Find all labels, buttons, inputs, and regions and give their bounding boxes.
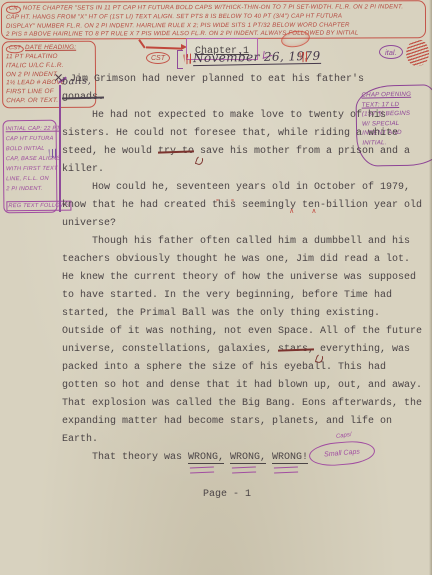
hyphen-insert-mark: =: [231, 199, 234, 204]
small-caps-mark: [190, 466, 214, 473]
initial-cap-spec-note: INITIAL CAP: 22 PT CAP HT FUTURA BOLD IN…: [3, 120, 58, 214]
text-line: teachers obviously thought he was one, J…: [62, 251, 428, 269]
handwritten-insert: balls,: [62, 75, 92, 87]
scribble-mark: [404, 38, 431, 68]
cst-tag: CST: [146, 52, 170, 64]
proof-squiggle-mark: [183, 53, 192, 64]
text-line: How could he, seventeen years old in Oct…: [62, 179, 428, 197]
caret-mark: ∧: [289, 208, 294, 215]
typed-underline: [230, 463, 266, 464]
spec-line: CAP, BASE ALIGNS: [6, 154, 54, 165]
cn-tag: CN: [6, 5, 21, 14]
spec-line: WITH FIRST TEXT: [6, 164, 54, 175]
text-line: packed into a sphere the size of his eye…: [62, 359, 428, 377]
proof-mark: [49, 149, 58, 159]
typed-underline: [188, 463, 224, 464]
text-line: know that he had created this seemingly …: [62, 197, 428, 215]
proof-squiggle-mark: [299, 51, 308, 62]
text-line: to have started. In the very beginning, …: [62, 287, 428, 305]
page-number: Page - 1: [0, 489, 432, 500]
chapter-spec-note: CNNOTE CHAPTER "SETS IN 11 PT CAP HT FUT…: [1, 0, 426, 39]
cst-tag: CST: [6, 45, 24, 54]
connector-line: [59, 85, 61, 212]
text-line: gotten so hot and dense that it had blow…: [62, 377, 428, 395]
text-line: Outside of it was nothing, not even Spac…: [62, 323, 428, 341]
spec-line: 2 PI INDENT.: [6, 184, 54, 195]
arrow-icon: [146, 46, 182, 49]
italic-note: ital.: [379, 45, 403, 59]
spec-line: INITIAL CAP: 22 PT: [6, 124, 54, 135]
text-line: universe?: [62, 215, 428, 233]
manuscript-page: CNNOTE CHAPTER "SETS IN 11 PT CAP HT FUT…: [0, 0, 432, 575]
insert-bracket-mark: [177, 50, 183, 69]
text-line: He had not expected to make love to twen…: [62, 107, 428, 125]
text-line: expanding matter had become stars, plane…: [62, 413, 428, 431]
text-line: Though his father often called him a dum…: [62, 233, 428, 251]
text-line: killer.: [62, 161, 428, 179]
hyphen-insert-mark: =: [216, 199, 219, 204]
arrow-icon: [138, 39, 145, 48]
text-line: That explosion was called the Big Bang. …: [62, 395, 428, 413]
spec-line: BOLD INITIAL: [6, 144, 54, 155]
text-line: sisters. He could not foresee that, whil…: [62, 125, 428, 143]
spec-line: LINE, F.L.L. ON: [6, 174, 54, 185]
text-line: gonads.: [62, 89, 428, 107]
typed-underline: [272, 463, 308, 464]
caret-mark: ∧: [311, 208, 316, 215]
typewritten-text: Jim Grimson had never planned to eat his…: [62, 71, 428, 467]
text-line: Jim Grimson had never planned to eat his…: [70, 71, 428, 89]
text-line: steed, he would try to save his mother f…: [62, 143, 428, 161]
small-caps-mark: [274, 466, 298, 473]
small-caps-mark: [232, 466, 256, 473]
spec-line: CAP HT FUTURA: [6, 134, 54, 145]
text-line: started, the Primal Ball was the only th…: [62, 305, 428, 323]
text-line: He knew the current theory of how the un…: [62, 269, 428, 287]
text-line: universe, constellations, galaxies, star…: [62, 341, 428, 359]
